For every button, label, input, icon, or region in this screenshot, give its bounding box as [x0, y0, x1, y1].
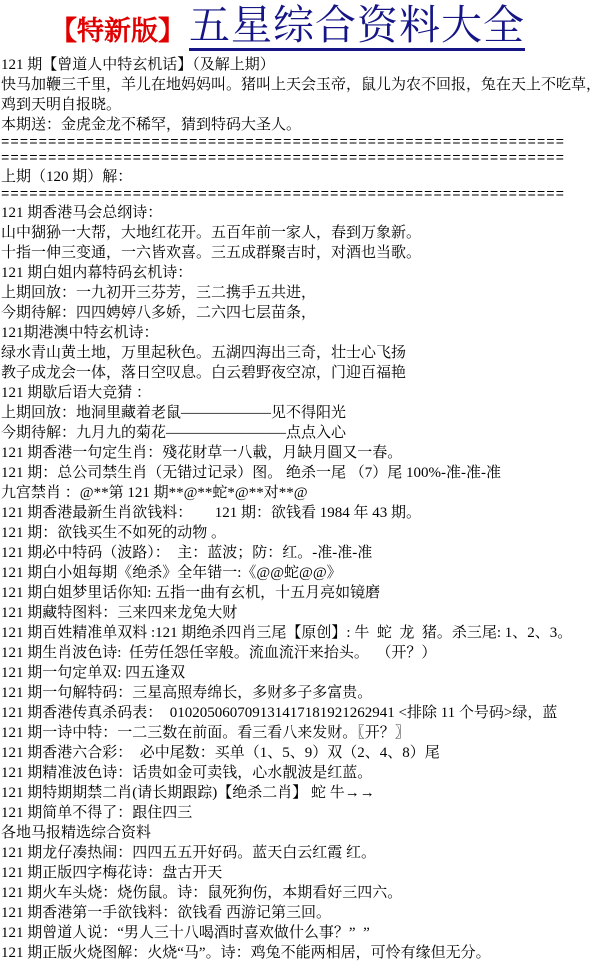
- text-line: 121 期一句定单双: 四五逢双: [1, 663, 615, 683]
- text-line: 121 期一句解特码：三星高照寿绵长，多财多子多富贵。: [1, 683, 615, 703]
- text-line: 绿水青山黄土地，万里起秋色。五湖四海出三奇，壮士心飞扬: [1, 343, 615, 363]
- text-line: 121 期香港六合彩： 必中尾数：买单（1、5、9）双（2、4、8）尾: [1, 743, 615, 763]
- text-line: 121 期歇后语大竞猜 ：: [1, 383, 615, 403]
- text-line: 121期港澳中特玄机诗：: [1, 323, 615, 343]
- text-line: 上期（120 期）解：: [1, 167, 615, 187]
- text-line: 教子成龙会一体，落日空叹息。白云碧野夜空凉，门迎百福艳: [1, 363, 615, 383]
- text-line: 鸡到天明自报晓。: [1, 95, 615, 115]
- text-line: 121 期白小姐每期《绝杀》全年错一:《@@蛇@@》: [1, 563, 615, 583]
- page-title: 五星综合资料大全: [189, 4, 525, 51]
- page-header: 【特新版】 五星综合资料大全: [0, 0, 616, 53]
- content-body: 121 期【曾道人中特玄机话】（及解上期） 快马加鞭三千里，羊儿在地妈妈叫。猪叫…: [0, 53, 616, 963]
- text-line: 121 期必中特码（波路）： 主：蓝波；防：红。-准-准-准: [1, 543, 615, 563]
- edition-badge: 【特新版】: [50, 17, 185, 51]
- text-line: 121 期特期期禁二肖(请长期跟踪)【绝杀二肖】 蛇 牛→→: [1, 783, 615, 803]
- text-line: 121 期正版四字梅花诗：盘古开天: [1, 863, 615, 883]
- text-line: 121 期【曾道人中特玄机话】（及解上期）: [1, 55, 615, 75]
- text-line: 本期送：金虎金龙不稀罕，猜到特码大圣人。: [1, 115, 615, 135]
- text-line: 121 期白姐梦里话你知: 五指一曲有玄机，十五月亮如镜磨: [1, 583, 615, 603]
- text-line: 快马加鞭三千里，羊儿在地妈妈叫。猪叫上天会玉帝，鼠儿为农不回报，兔在天上不吃草，: [1, 75, 615, 95]
- text-line: 上期回放：一九初开三芬芳，三二携手五共进，: [1, 283, 615, 303]
- text-line: 121 期香港马会总纲诗：: [1, 203, 615, 223]
- text-line: 121 期火车头烧：烧伤鼠。诗：鼠死狗伤，本期看好三四六。: [1, 883, 615, 903]
- text-line: 121 期一诗中特：一二三数在前面。看三看八来发财。〖开？〗: [1, 723, 615, 743]
- divider: ========================================…: [1, 151, 615, 167]
- text-line: 121 期简单不得了：跟住四三: [1, 803, 615, 823]
- text-line: 121 期生肖波色诗: 任劳任怨任宰般。流血流汗来抬头。 （开？）: [1, 643, 615, 663]
- text-line: 121 期龙仔凑热闹：四四五五开好码。蓝天白云红霞 红。: [1, 843, 615, 863]
- text-line: 九宫禁肖 ：@**第 121 期**@**蛇*@**对**@: [1, 483, 615, 503]
- text-line: 今期待解：四四娉婷八多娇，二六四七层苗条，: [1, 303, 615, 323]
- text-line: 各地马报精选综合资料: [1, 823, 615, 843]
- divider: ========================================…: [1, 187, 615, 203]
- lottery-info-page: 【特新版】 五星综合资料大全 121 期【曾道人中特玄机话】（及解上期） 快马加…: [0, 0, 616, 977]
- text-line: 121 期香港一句定生肖：殘花財草一八載，月缺月圓又一春。: [1, 443, 615, 463]
- text-line: 121 期香港传真杀码表： 01020506070913141718192126…: [1, 703, 615, 723]
- text-line: 上期回放：地洞里藏着老鼠——————见不得阳光: [1, 403, 615, 423]
- text-line: 121 期香港最新生肖欲钱料： 121 期：欲钱看 1984 年 43 期。: [1, 503, 615, 523]
- text-line: 121 期香港第一手欲钱料：欲钱看 西游记第三回。: [1, 903, 615, 923]
- text-line: 今期待解：九月九的菊花————————点点入心: [1, 423, 615, 443]
- text-line: 121 期正版火烧图解：火烧“马”。诗：鸡兔不能两相居，可怜有缘但无分。: [1, 943, 615, 963]
- text-line: 山中猢狲一大帮，大地红花开。五百年前一家人，春到万象新。: [1, 223, 615, 243]
- text-line: 121 期曾道人说：“男人三十八喝酒时喜欢做什么事？” ”: [1, 923, 615, 943]
- divider: ========================================…: [1, 135, 615, 151]
- text-line: 121 期白姐内幕特码玄机诗：: [1, 263, 615, 283]
- text-line: 121 期：总公司禁生肖（无错过记录）图。 绝杀一尾 （7）尾 100%-准-准…: [1, 463, 615, 483]
- text-line: 121 期百姓精准单双料 :121 期绝杀四肖三尾【原创】: 牛 蛇 龙 猪。杀…: [1, 623, 615, 643]
- text-line: 十指一伸三变通，一六皆欢喜。三五成群聚吉时，对酒也当歌。: [1, 243, 615, 263]
- text-line: 121 期藏特图料：三来四来龙兔大财: [1, 603, 615, 623]
- text-line: 121 期：欲钱买生不如死的动物 。: [1, 523, 615, 543]
- text-line: 121 期精准波色诗：话贵如金可卖钱，心水靓波是红蓝。: [1, 763, 615, 783]
